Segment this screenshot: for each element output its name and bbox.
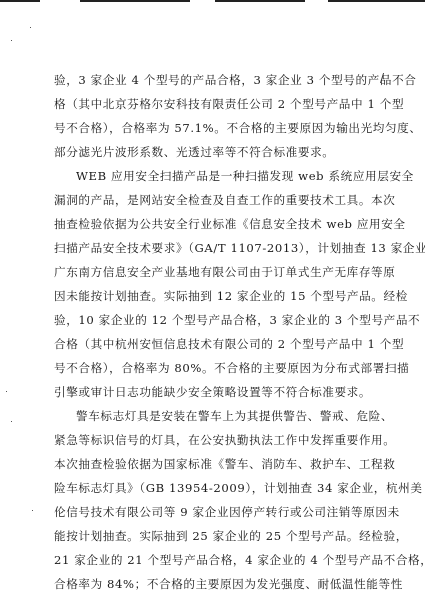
document-page: 验，3 家企业 4 个型号的产品合格，3 家企业 3 个型号的产品不合 格（其中… [54, 68, 370, 596]
text-line: 伦信号技术有限公司等 9 家企业因停产转行或公司注销等原因未 [54, 500, 370, 524]
text-line: 号不合格），合格率为 80%。不合格的主要原因为分布式部署扫描 [54, 356, 370, 380]
scan-speck [32, 510, 33, 511]
text-line: 抽查检验依据为公共安全行业标准《信息安全技术 web 应用安全 [54, 212, 370, 236]
text-line: 紧急等标识信号的灯具，在公安执勤执法工作中发挥重要作用。 [54, 428, 370, 452]
scan-speck [11, 421, 12, 422]
text-line: 漏洞的产品，是网站安全检查及自查工作的重要技术工具。本次 [54, 188, 370, 212]
paragraph-2: WEB 应用安全扫描产品是一种扫描发现 web 系统应用层安全 漏洞的产品，是网… [54, 164, 370, 404]
scan-speck [6, 391, 7, 392]
text-line: 验，3 家企业 4 个型号的产品合格，3 家企业 3 个型号的产品不合 [54, 68, 370, 92]
scan-speck [30, 27, 31, 28]
text-line: 广东南方信息安全产业基地有限公司由于订单式生产无库存等原 [54, 260, 370, 284]
text-line: 能按计划抽查。实际抽到 25 家企业的 25 个型号产品。经检验， [54, 524, 370, 548]
text-line: 格（其中北京芬格尔安科技有限责任公司 2 个型号产品中 1 个型 [54, 92, 370, 116]
paragraph-3: 警车标志灯具是安装在警车上为其提供警告、警戒、危险、 紧急等标识信号的灯具，在公… [54, 404, 370, 596]
text-line: 21 家企业的 21 个型号产品合格，4 家企业的 4 个型号产品不合格， [54, 548, 370, 572]
paragraph-1: 验，3 家企业 4 个型号的产品合格，3 家企业 3 个型号的产品不合 格（其中… [54, 68, 370, 164]
text-line: 因未能按计划抽查。实际抽到 12 家企业的 15 个型号产品。经检 [54, 284, 370, 308]
text-line: 合格（其中杭州安恒信息技术有限公司的 2 个型号产品中 1 个型 [54, 332, 370, 356]
text-line: 合格率为 84%；不合格的主要原因为发光强度、耐低温性能等性 [54, 572, 370, 596]
text-line: WEB 应用安全扫描产品是一种扫描发现 web 系统应用层安全 [54, 164, 370, 188]
text-line: 引擎或审计日志功能缺少安全策略设置等不符合标准要求。 [54, 380, 370, 404]
text-line: 险车标志灯具》（GB 13954-2009），计划抽查 34 家企业，杭州美 [54, 476, 370, 500]
scan-speck [11, 40, 12, 41]
text-line: 扫描产品安全技术要求》（GA/T 1107-2013），计划抽查 13 家企业， [54, 236, 370, 260]
scan-edge-artifact [0, 0, 425, 3]
text-line: 验，10 家企业的 12 个型号产品合格，3 家企业的 3 个型号产品不 [54, 308, 370, 332]
text-line: 本次抽查检验依据为国家标准《警车、消防车、救护车、工程救 [54, 452, 370, 476]
text-line: 警车标志灯具是安装在警车上为其提供警告、警戒、危险、 [54, 404, 370, 428]
text-line: 号不合格），合格率为 57.1%。不合格的主要原因为输出光均匀度、 [54, 116, 370, 140]
text-line: 部分滤光片波形系数、光透过率等不符合标准要求。 [54, 140, 370, 164]
